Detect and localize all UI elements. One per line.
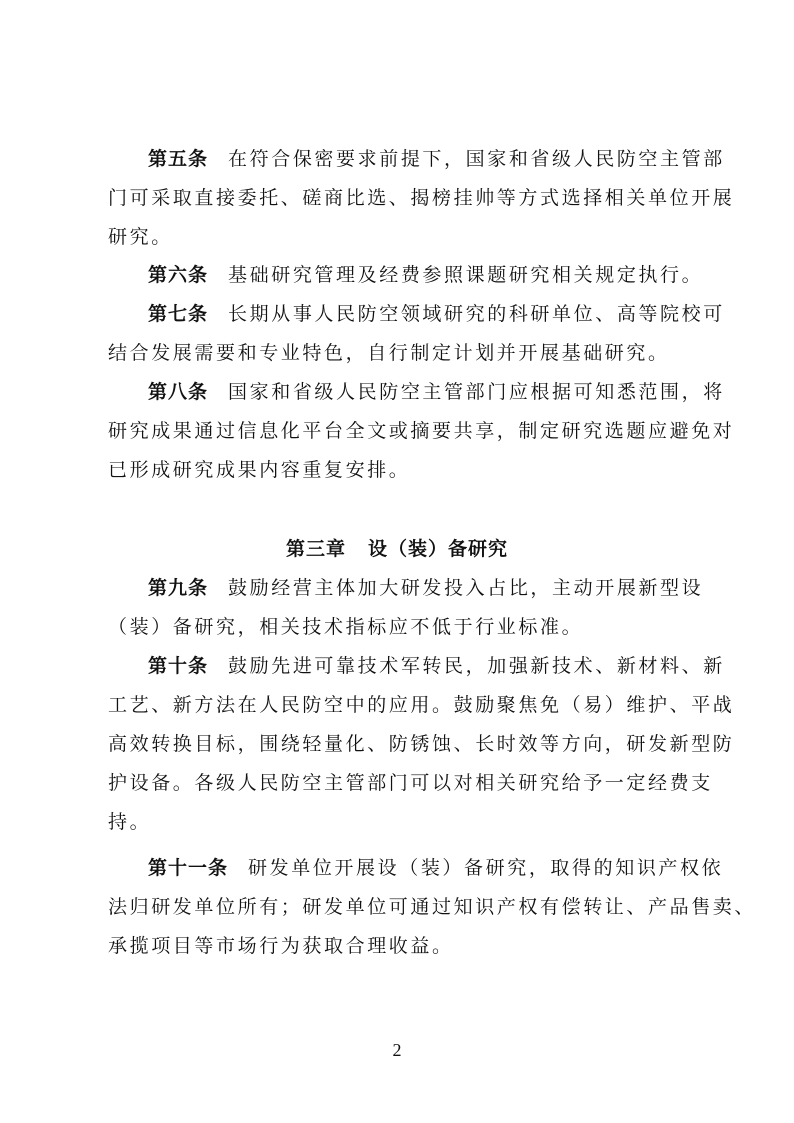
article-10-line-1: 第十条鼓励先进可靠技术军转民，加强新技术、新材料、新 [148, 654, 686, 678]
article-5-line-1: 第五条在符合保密要求前提下，国家和省级人民防空主管部 [148, 147, 686, 171]
article-8-line-1: 第八条国家和省级人民防空主管部门应根据可知悉范围，将 [148, 380, 686, 404]
article-label: 第五条 [148, 148, 208, 170]
chapter-heading: 第三章设（装）备研究 [0, 537, 794, 561]
document-page: 第五条在符合保密要求前提下，国家和省级人民防空主管部 门可采取直接委托、磋商比选… [0, 0, 794, 1123]
article-10-line-2: 工艺、新方法在人民防空中的应用。鼓励聚焦免（易）维护、平战 [108, 693, 686, 717]
article-6-line-1: 第六条基础研究管理及经费参照课题研究相关规定执行。 [148, 263, 686, 287]
article-5-line-2: 门可采取直接委托、磋商比选、揭榜挂帅等方式选择相关单位开展 [108, 186, 686, 210]
article-7-line-1: 第七条长期从事人民防空领域研究的科研单位、高等院校可 [148, 302, 686, 326]
article-11-line-3: 承揽项目等市场行为获取合理收益。 [108, 934, 686, 958]
chapter-title: 设（装）备研究 [368, 538, 508, 560]
article-7-line-2: 结合发展需要和专业特色，自行制定计划并开展基础研究。 [108, 341, 686, 365]
article-11-line-1: 第十一条研发单位开展设（装）备研究，取得的知识产权依 [148, 856, 686, 880]
article-11-line-2: 法归研发单位所有；研发单位可通过知识产权有偿转让、产品售卖、 [108, 895, 686, 919]
article-label: 第十一条 [148, 857, 228, 879]
article-label: 第六条 [148, 264, 208, 286]
chapter-number: 第三章 [286, 538, 346, 560]
article-10-line-5: 持。 [108, 810, 686, 834]
article-label: 第七条 [148, 303, 208, 325]
article-10-line-4: 护设备。各级人民防空主管部门可以对相关研究给予一定经费支 [108, 771, 686, 795]
article-5-line-3: 研究。 [108, 225, 686, 249]
article-label: 第八条 [148, 381, 208, 403]
article-8-line-3: 已形成研究成果内容重复安排。 [108, 458, 686, 482]
article-label: 第九条 [148, 577, 208, 599]
article-10-line-3: 高效转换目标，围绕轻量化、防锈蚀、长时效等方向，研发新型防 [108, 732, 686, 756]
article-8-line-2: 研究成果通过信息化平台全文或摘要共享，制定研究选题应避免对 [108, 419, 686, 443]
page-number: 2 [0, 1040, 794, 1061]
article-9-line-2: （装）备研究，相关技术指标应不低于行业标准。 [108, 615, 686, 639]
article-label: 第十条 [148, 655, 208, 677]
article-9-line-1: 第九条鼓励经营主体加大研发投入占比，主动开展新型设 [148, 576, 686, 600]
